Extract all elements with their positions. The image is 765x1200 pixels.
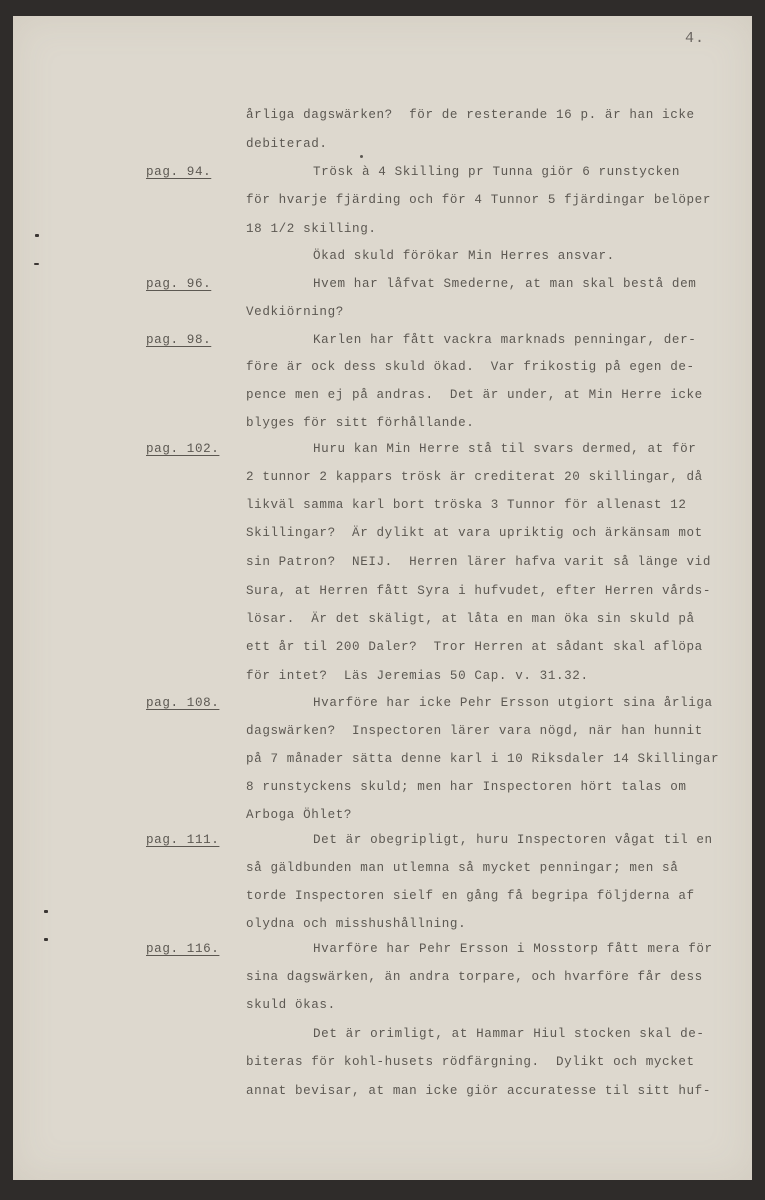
text-line: annat bevisar, at man icke giör accurate…	[246, 1083, 711, 1099]
text-line: så gäldbunden man utlemna så mycket penn…	[246, 860, 678, 876]
text-line: blyges för sitt förhållande.	[246, 415, 474, 431]
text-line: biteras för kohl-husets rödfärgning. Dyl…	[246, 1054, 695, 1070]
page-number: 4.	[685, 30, 705, 47]
text-line: Hvarföre har Pehr Ersson i Mosstorp fått…	[313, 941, 713, 957]
text-line: Karlen har fått vackra marknads penninga…	[313, 332, 696, 348]
page-reference-label: pag. 102.	[146, 441, 219, 457]
margin-mark	[34, 263, 39, 265]
text-line: sin Patron? NEIJ. Herren lärer hafva var…	[246, 554, 711, 570]
text-line: pence men ej på andras. Det är under, at…	[246, 387, 703, 403]
margin-mark	[44, 938, 48, 941]
text-line: torde Inspectoren sielf en gång få begri…	[246, 888, 695, 904]
text-line: Ökad skuld förökar Min Herres ansvar.	[313, 248, 615, 264]
text-line: Huru kan Min Herre stå til svars dermed,…	[313, 441, 696, 457]
text-line: Sura, at Herren fått Syra i hufvudet, ef…	[246, 583, 711, 599]
text-line: sina dagswärken, än andra torpare, och h…	[246, 969, 703, 985]
page-reference-label: pag. 108.	[146, 695, 219, 711]
text-line: Vedkiörning?	[246, 304, 344, 320]
text-line: olydna och misshushållning.	[246, 916, 466, 932]
text-line: Hvarföre har icke Pehr Ersson utgiort si…	[313, 695, 713, 711]
text-line: Skillingar? Är dylikt at vara upriktig o…	[246, 525, 703, 541]
text-line: dagswärken? Inspectoren lärer vara nögd,…	[246, 723, 703, 739]
text-line: skuld ökas.	[246, 997, 336, 1013]
page-reference-label: pag. 96.	[146, 276, 211, 292]
text-line: 8 runstyckens skuld; men har Inspectoren…	[246, 779, 687, 795]
page-reference-label: pag. 116.	[146, 941, 219, 957]
page-reference-label: pag. 111.	[146, 832, 219, 848]
text-line: Hvem har låfvat Smederne, at man skal be…	[313, 276, 696, 292]
text-line: Arboga Öhlet?	[246, 807, 352, 823]
page-reference-label: pag. 98.	[146, 332, 211, 348]
text-line: före är ock dess skuld ökad. Var frikost…	[246, 359, 695, 375]
margin-mark	[35, 234, 39, 237]
text-line: likväl samma karl bort tröska 3 Tunnor f…	[246, 497, 687, 513]
text-line: på 7 månader sätta denne karl i 10 Riksd…	[246, 751, 719, 767]
text-line: för hvarje fjärding och för 4 Tunnor 5 f…	[246, 192, 711, 208]
margin-mark	[44, 910, 48, 913]
text-line: ett år til 200 Daler? Tror Herren at såd…	[246, 639, 703, 655]
text-line: Det är orimligt, at Hammar Hiul stocken …	[313, 1026, 705, 1042]
text-line: årliga dagswärken? för de resterande 16 …	[246, 107, 695, 123]
text-line: 2 tunnor 2 kappars trösk är crediterat 2…	[246, 469, 703, 485]
text-line: Trösk à 4 Skilling pr Tunna giör 6 runst…	[313, 164, 680, 180]
page-reference-label: pag. 94.	[146, 164, 211, 180]
text-line: 18 1/2 skilling.	[246, 221, 377, 237]
ink-dot	[360, 155, 363, 158]
text-line: Det är obegripligt, huru Inspectoren våg…	[313, 832, 713, 848]
text-line: lösar. Är det skäligt, at låta en man ök…	[246, 611, 695, 627]
text-line: debiterad.	[246, 136, 328, 152]
text-line: för intet? Läs Jeremias 50 Cap. v. 31.32…	[246, 668, 589, 684]
